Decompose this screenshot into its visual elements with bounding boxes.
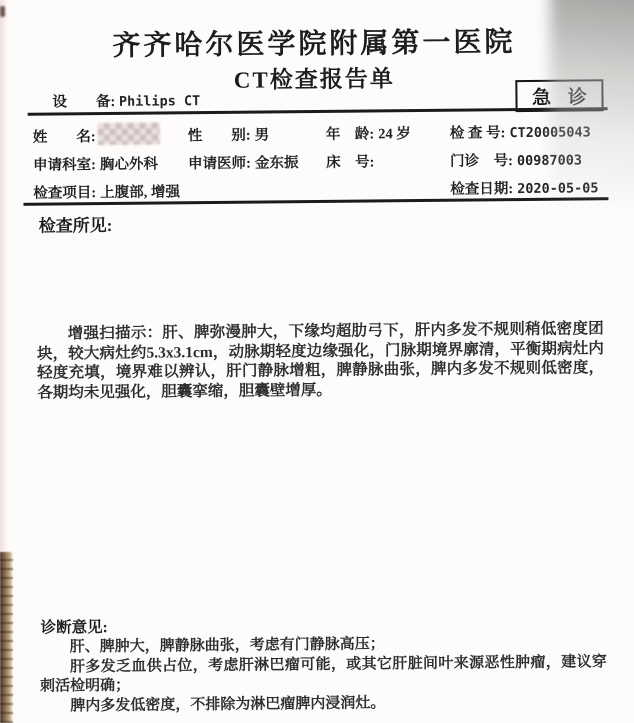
field-name: 姓 名:: [33, 125, 96, 147]
age-value: 24 岁: [378, 126, 411, 142]
diagnosis-item: 肝多发乏血供占位，考虑肝淋巴瘤可能，或其它肝脏间叶来源恶性肿瘤，建议穿刺活检明确…: [40, 653, 607, 697]
scan-edge-tint-left: [0, 0, 8, 575]
name-label: 姓 名:: [33, 129, 96, 146]
dept-label: 申请科室:: [33, 157, 96, 174]
device-row: 设 备: Philips CT: [52, 89, 200, 111]
field-gender: 性 别:男: [188, 123, 270, 145]
diagnosis-heading: 诊断意见:: [40, 615, 107, 638]
field-dept: 申请科室:胸心外科: [33, 153, 158, 175]
findings-text: 增强扫描示：肝、脾弥漫肿大，下缘均超肋弓下，肝内多发不规则稍低密度团块，较大病灶…: [37, 319, 605, 402]
outpatient-no-label: 门诊 号:: [450, 153, 513, 170]
findings-heading: 检查所见:: [39, 211, 113, 237]
device-value: Philips CT: [119, 93, 200, 110]
age-label: 年 龄:: [326, 126, 374, 142]
diagnosis-text: 肝、脾肿大，脾静脉曲张，考虑有门静脉高压； 肝多发乏血供占位，考虑肝淋巴瘤可能，…: [40, 633, 608, 716]
exam-date-label: 检查日期:: [450, 181, 513, 198]
scan-background-wood-edge: [0, 552, 13, 723]
physician-label: 申请医师:: [188, 156, 251, 173]
exam-item-value: 上腹部, 增强: [100, 184, 180, 201]
device-label: 设 备:: [52, 94, 115, 111]
exam-no-label: 检 查 号:: [450, 125, 506, 142]
scan-shadow-top-right: [550, 0, 634, 256]
scan-speck-top-left: [0, 6, 5, 17]
exam-item-label: 检查项目:: [33, 185, 96, 202]
field-physician: 申请医师:金东振: [188, 151, 299, 173]
bed-label: 床 号:: [326, 154, 374, 170]
report-page: 齐齐哈尔医学院附属第一医院 CT检查报告单 设 备: Philips CT 急 …: [0, 0, 634, 723]
gender-value: 男: [255, 127, 270, 143]
ct-report-scan: 齐齐哈尔医学院附属第一医院 CT检查报告单 设 备: Philips CT 急 …: [0, 0, 634, 723]
redacted-name-block: [98, 122, 160, 145]
field-bed: 床 号:: [326, 150, 379, 172]
field-exam-item: 检查项目:上腹部, 增强: [33, 180, 180, 202]
physician-value: 金东振: [255, 155, 299, 171]
gender-label: 性 别:: [188, 128, 251, 145]
dept-value: 胸心外科: [100, 157, 158, 174]
field-age: 年 龄:24 岁: [326, 122, 411, 144]
